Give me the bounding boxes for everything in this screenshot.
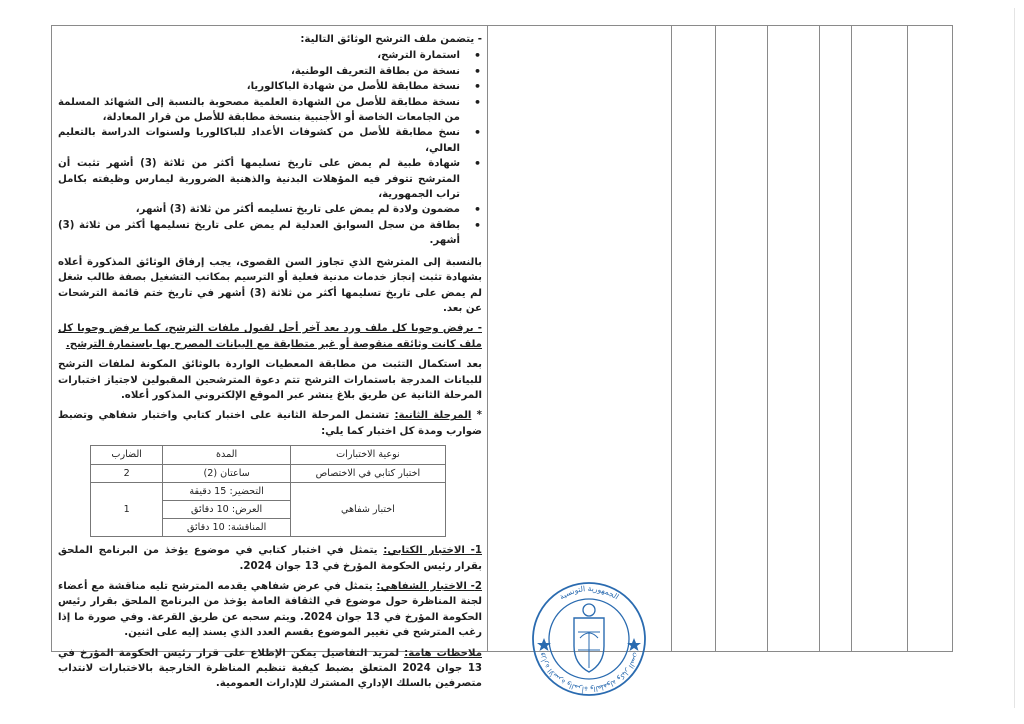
- table-row: اختبار كتابي في الاختصاص ساعتان (2) 2: [91, 465, 446, 483]
- list-item: نسخة مطابقة للأصل من الشهادة العلمية مصح…: [58, 95, 460, 126]
- header-coefficient: الضارب: [91, 446, 163, 465]
- column-divider: [819, 25, 820, 652]
- cell-duration: العرض: 10 دقائق: [163, 501, 291, 519]
- list-item: مضمون ولادة لم يمض على تاريخ تسليمه أكثر…: [58, 202, 460, 217]
- written-exam-label: 1- الاختبار الكتابي:: [383, 545, 482, 556]
- column-divider: [671, 25, 672, 652]
- documents-intro: - يتضمن ملف الترشح الوثائق التالية:: [58, 32, 482, 47]
- cell-duration: ساعتان (2): [163, 465, 291, 483]
- header-exam-type: نوعية الاختبارات: [290, 446, 445, 465]
- verification-paragraph: بعد استكمال التثبت من مطابقة المعطيات ال…: [58, 357, 482, 403]
- header-duration: المدة: [163, 446, 291, 465]
- notes-paragraph: ملاحظات هامة: لمزيد التفاصيل يمكن الإطلا…: [58, 646, 482, 692]
- notes-label: ملاحظات هامة:: [404, 648, 482, 659]
- list-item: نسخ مطابقة للأصل من كشوفات الأعداد للباك…: [58, 125, 460, 156]
- scan-edge-line: [1014, 8, 1015, 708]
- documents-list: استمارة الترشح، نسخة من بطاقة التعريف ال…: [58, 48, 482, 248]
- phase2-prefix: *: [471, 410, 482, 421]
- cell-coefficient: 2: [91, 465, 163, 483]
- cell-exam-type: اختبار شفاهي: [290, 483, 445, 537]
- cell-coefficient: 1: [91, 483, 163, 537]
- oral-exam-label: 2- الاختبار الشفاهي:: [376, 581, 482, 592]
- written-exam-paragraph: 1- الاختبار الكتابي: يتمثل في اختبار كتا…: [58, 543, 482, 574]
- column-divider: [767, 25, 768, 652]
- list-item: نسخة مطابقة للأصل من شهادة الباكالوريا،: [58, 79, 460, 94]
- column-divider: [487, 25, 488, 652]
- cell-exam-type: اختبار كتابي في الاختصاص: [290, 465, 445, 483]
- column-divider: [851, 25, 852, 652]
- list-item: استمارة الترشح،: [58, 48, 460, 63]
- phase2-label: المرحلة الثانية:: [394, 410, 471, 421]
- cell-duration: المناقشة: 10 دقائق: [163, 519, 291, 537]
- table-header-row: نوعية الاختبارات المدة الضارب: [91, 446, 446, 465]
- exam-table: نوعية الاختبارات المدة الضارب اختبار كتا…: [90, 445, 446, 537]
- official-stamp-icon: الجمهورية التونسية وزارة الأسرة والمرأة …: [530, 580, 648, 698]
- document-body: - يتضمن ملف الترشح الوثائق التالية: استم…: [58, 32, 482, 697]
- list-item: نسخة من بطاقة التعريف الوطنية،: [58, 64, 460, 79]
- column-divider: [715, 25, 716, 652]
- age-limit-paragraph: بالنسبة إلى المترشح الذي تجاوز السن القص…: [58, 255, 482, 317]
- column-divider: [907, 25, 908, 652]
- list-item: بطاقة من سجل السوابق العدلية لم يمض على …: [58, 218, 460, 249]
- oral-exam-paragraph: 2- الاختبار الشفاهي: يتمثل في عرض شفاهي …: [58, 579, 482, 641]
- table-row: اختبار شفاهي التحضير: 15 دقيقة 1: [91, 483, 446, 501]
- rejection-paragraph: - يرفض وجوبا كل ملف ورد بعد آخر أجل لقبو…: [58, 321, 482, 352]
- list-item: شهادة طبية لم يمض على تاريخ تسليمها أكثر…: [58, 156, 460, 202]
- cell-duration: التحضير: 15 دقيقة: [163, 483, 291, 501]
- phase2-paragraph: * المرحلة الثانية: تشتمل المرحلة الثانية…: [58, 408, 482, 439]
